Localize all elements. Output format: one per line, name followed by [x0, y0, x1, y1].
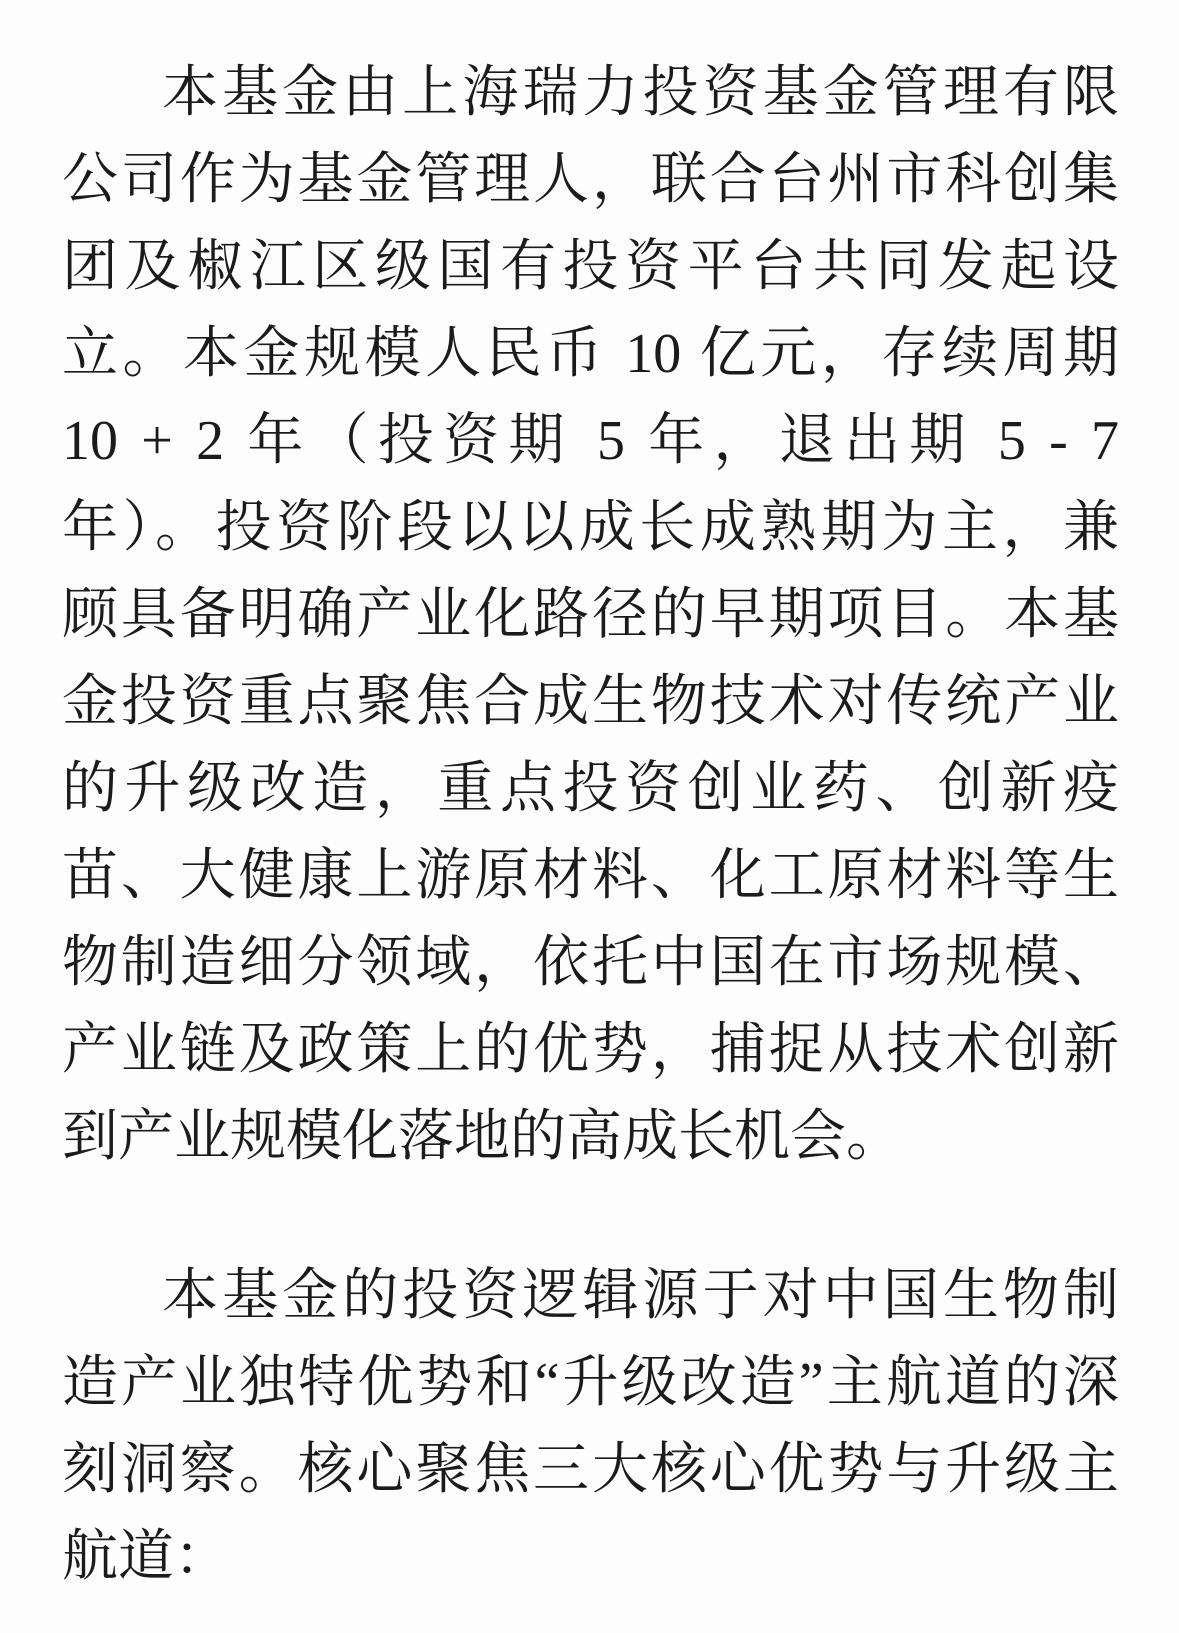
- text-line: 产业链及政策上的优势，捕捉从技术创新: [62, 1007, 1119, 1094]
- text-line: 团及椒江区级国有投资平台共同发起设: [62, 224, 1119, 311]
- paragraph-investment-logic: 本基金的投资逻辑源于对中国生物制造产业独特优势和“升级改造”主航道的深刻洞察。核…: [62, 1253, 1119, 1601]
- text-line: 到产业规模化落地的高成长机会。: [62, 1094, 1119, 1181]
- text-line: 10 + 2 年（投资期 5 年，退出期 5 - 7: [62, 398, 1119, 485]
- text-line: 刻洞察。核心聚焦三大核心优势与升级主: [62, 1427, 1119, 1514]
- text-line: 物制造细分领域，依托中国在市场规模、: [62, 920, 1119, 1007]
- text-line: 公司作为基金管理人，联合台州市科创集: [62, 137, 1119, 224]
- text-line: 年）。投资阶段以以成长成熟期为主，兼: [62, 485, 1119, 572]
- text-line: 金投资重点聚焦合成生物技术对传统产业: [62, 659, 1119, 746]
- text-line: 的升级改造，重点投资创业药、创新疫: [62, 746, 1119, 833]
- document-page: 本基金由上海瑞力投资基金管理有限公司作为基金管理人，联合台州市科创集团及椒江区级…: [0, 0, 1179, 1633]
- text-line: 本基金由上海瑞力投资基金管理有限: [62, 50, 1119, 137]
- text-line: 立。本金规模人民币 10 亿元，存续周期: [62, 311, 1119, 398]
- text-line: 航道：: [62, 1514, 1119, 1601]
- text-line: 本基金的投资逻辑源于对中国生物制: [62, 1253, 1119, 1340]
- text-line: 苗、大健康上游原材料、化工原材料等生: [62, 833, 1119, 920]
- paragraph-fund-overview: 本基金由上海瑞力投资基金管理有限公司作为基金管理人，联合台州市科创集团及椒江区级…: [62, 50, 1119, 1181]
- text-line: 造产业独特优势和“升级改造”主航道的深: [62, 1340, 1119, 1427]
- text-line: 顾具备明确产业化路径的早期项目。本基: [62, 572, 1119, 659]
